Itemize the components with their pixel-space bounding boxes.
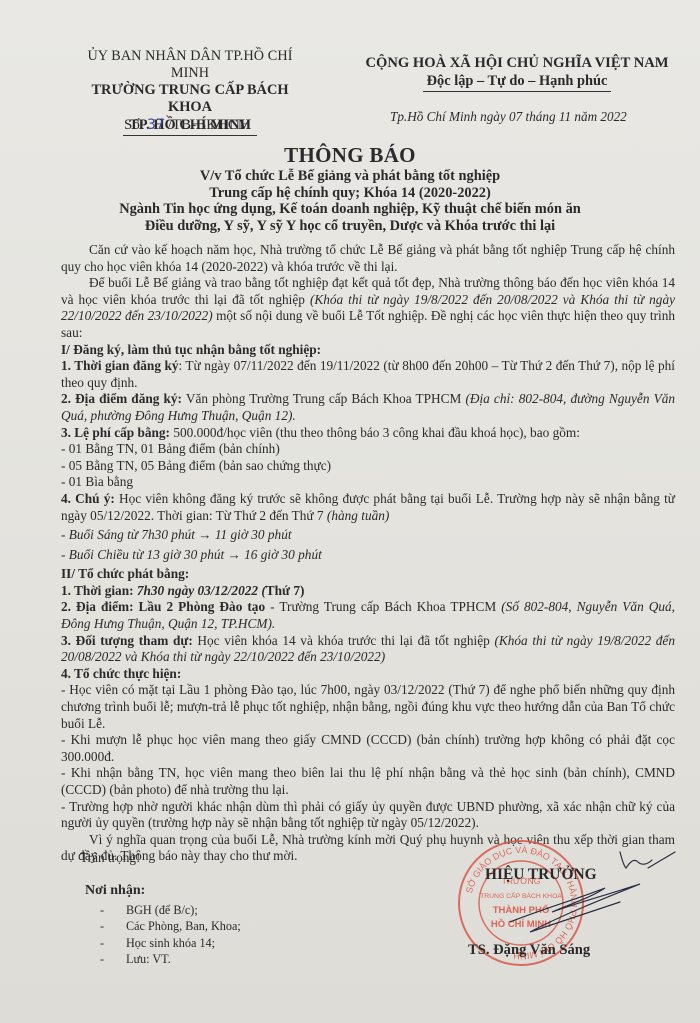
notice-document: ỦY BAN NHÂN DÂN TP.HỒ CHÍ MINH TRƯỜNG TR…	[0, 0, 700, 1023]
section-2-item-1: 1. Thời gian: 7h30 ngày 03/12/2022 (Thứ …	[61, 583, 675, 600]
handwritten-number: 37	[147, 117, 165, 133]
section-2-item-4: 4. Tổ chức thực hiện:	[61, 666, 675, 683]
procedure-item: - Học viên có mặt tại Lầu 1 phòng Đào tạ…	[61, 682, 675, 732]
motto: Độc lập – Tự do – Hạnh phúc	[423, 73, 612, 92]
recipient-item: BGH (để B/c);	[100, 902, 241, 918]
procedure-item: - Khi nhận bằng TN, học viên mang theo b…	[61, 765, 675, 798]
section-1-item-2: 2. Địa điểm đăng ký: Văn phòng Trường Tr…	[61, 391, 675, 424]
fee-list-item: - 05 Bằng TN, 05 Bảng điểm (bản sao chứn…	[61, 458, 675, 475]
section-2-heading: II/ Tổ chức phát bằng:	[61, 566, 675, 583]
intro-paragraph-2: Để buổi Lễ Bế giảng và trao bằng tốt ngh…	[61, 275, 675, 341]
section-1-heading: I/ Đăng ký, làm thủ tục nhận bằng tốt ng…	[61, 342, 675, 359]
signer-name: TS. Đặng Văn Sáng	[468, 942, 590, 959]
section-2-item-2: 2. Địa điểm: Lầu 2 Phòng Đào tạo - Trườn…	[61, 599, 675, 632]
country-name: CỘNG HOÀ XÃ HỘI CHỦ NGHĨA VIỆT NAM	[352, 55, 682, 72]
national-motto-header: CỘNG HOÀ XÃ HỘI CHỦ NGHĨA VIỆT NAM Độc l…	[352, 55, 682, 92]
document-number: Số:37/TB-BKHCM	[124, 117, 251, 134]
section-1-item-1: 1. Thời gian đăng ký: Từ ngày 07/11/2022…	[61, 358, 675, 391]
section-1-item-3: 3. Lệ phí cấp bằng: 500.000đ/học viên (t…	[61, 425, 675, 442]
schedule-afternoon: - Buổi Chiều từ 13 giờ 30 phút → 16 giờ …	[61, 547, 675, 564]
fee-list-item: - 01 Bằng TN, 01 Bảng điểm (bản chính)	[61, 441, 675, 458]
recipient-item: Các Phòng, Ban, Khoa;	[100, 918, 241, 934]
issue-date: Tp.Hồ Chí Minh ngày 07 tháng 11 năm 2022	[390, 109, 627, 125]
schedule-morning: - Buổi Sáng từ 7h30 phút → 11 giờ 30 phú…	[61, 527, 675, 544]
recipient-item: Lưu: VT.	[100, 951, 241, 967]
recipient-item: Học sinh khóa 14;	[100, 935, 241, 951]
procedure-item: - Trường hợp nhờ người khác nhận dùm thì…	[61, 799, 675, 832]
recipients-list: BGH (để B/c); Các Phòng, Ban, Khoa; Học …	[100, 902, 241, 967]
fee-list-item: - 01 Bìa bằng	[61, 474, 675, 491]
document-body: Căn cứ vào kế hoạch năm học, Nhà trường …	[61, 242, 675, 865]
closing-greeting: Trân trọng!	[80, 850, 140, 866]
recipients-title: Nơi nhận:	[85, 883, 145, 899]
issuer-school: TRƯỜNG TRUNG CẤP BÁCH KHOA	[70, 82, 310, 116]
issuer-authority: ỦY BAN NHÂN DÂN TP.HỒ CHÍ MINH	[70, 48, 310, 82]
procedure-item: - Khi mượn lễ phục học viên mang theo gi…	[61, 732, 675, 765]
signature-icon	[470, 840, 680, 950]
section-1-item-4: 4. Chú ý: Học viên không đăng ký trước s…	[61, 491, 675, 524]
document-subtitle: V/v Tổ chức Lễ Bế giảng và phát bằng tốt…	[0, 168, 700, 234]
section-2-item-3: 3. Đối tượng tham dự: Học viên khóa 14 v…	[61, 633, 675, 666]
document-title: THÔNG BÁO	[0, 143, 700, 168]
intro-paragraph: Căn cứ vào kế hoạch năm học, Nhà trường …	[61, 242, 675, 275]
